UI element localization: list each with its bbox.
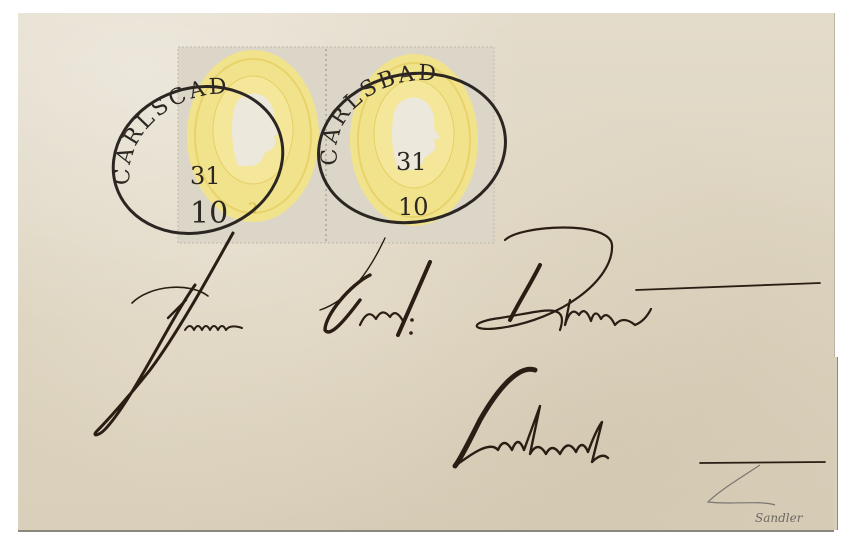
pencil-note: Sandler (708, 465, 804, 525)
cover-artwork: 2 CARLSCAD 31 10 CARLSBAD 31 10 (0, 0, 850, 545)
address-city: Carlstadt (460, 452, 507, 463)
postmark-day-right: 31 (396, 148, 427, 176)
pencil-signature: Sandler (755, 511, 804, 525)
address-text: Herrn Edm: Dinter Carlstadt (130, 322, 507, 463)
address-salutation: Herrn (130, 322, 161, 333)
postmark-day-left: 31 (190, 162, 221, 190)
address-name: Edm: Dinter (330, 322, 392, 333)
postmark-month-right: 10 (398, 193, 429, 221)
address-handwriting (95, 228, 825, 467)
postmark-month-left: 10 (190, 196, 228, 231)
